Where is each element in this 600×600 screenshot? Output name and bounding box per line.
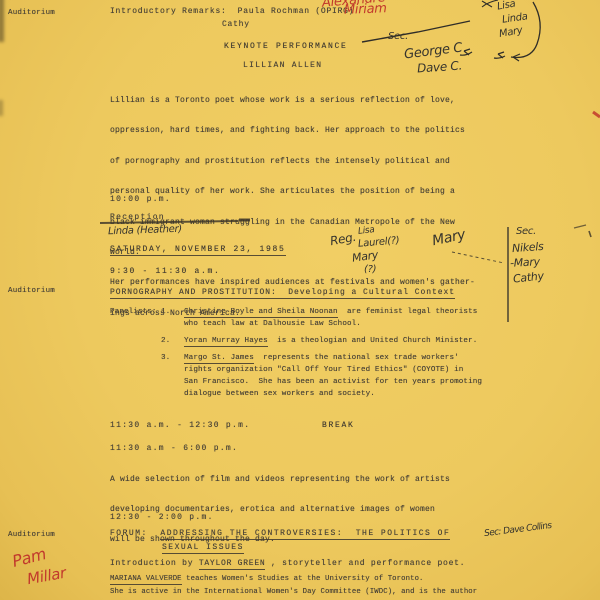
margin-label-auditorium-3: Auditorium <box>8 531 55 539</box>
handwriting-red-millar: Millar <box>26 564 68 589</box>
session-title: PORNOGRAPHY AND PROSTITUTION: Developing… <box>110 288 455 297</box>
mariana-valverde-name: MARIANA VALVERDE <box>110 575 182 585</box>
handwriting-red-miriam: Miriam <box>344 1 387 17</box>
forum-time: 12:30 - 2:00 p.m. <box>110 513 214 522</box>
panelist-1-line: Christine Boyle and Sheila Noonan are fe… <box>184 308 477 316</box>
saturday-date-heading: SATURDAY, NOVEMBER 23, 1985 <box>110 245 286 254</box>
forum-title2-text: SEXUAL ISSUES <box>162 543 244 554</box>
panelists-label: Panelists: <box>110 308 157 316</box>
forum-introduction-line: Introduction by TAYLOR GREEN , storytell… <box>110 559 465 568</box>
panelist-1-cont: who teach law at Dalhousie Law School. <box>184 320 361 328</box>
panelist-3-cont3: dialogue between sex workers and society… <box>184 390 375 398</box>
reception-label: Reception <box>110 213 165 222</box>
mariana-desc: teaches Women's Studies at the Universit… <box>182 575 424 583</box>
handwriting-question-mark: (?) <box>364 264 376 275</box>
panelist-2-name: Yoran Murray Hayes <box>184 337 268 347</box>
panelist-2-number: 2. <box>161 337 170 345</box>
panelist-1-name: Christine Boyle and Sheila Noonan <box>184 308 338 318</box>
break-time: 11:30 a.m. - 12:30 p.m. <box>110 421 250 430</box>
mariana-valverde-line: MARIANA VALVERDE teaches Women's Studies… <box>110 575 424 583</box>
reception-time: 10:00 p.m. <box>110 195 171 204</box>
handwriting-sec-dave-collins: Sec: Dave Collins <box>484 521 552 539</box>
handwriting-lisa-2: Lisa <box>358 225 375 237</box>
film-time: 11:30 a.m - 6:00 p.m. <box>110 444 238 453</box>
panelist-3-line: Margo St. James represents the national … <box>184 354 459 362</box>
intro-rest-text: , storyteller and performance poet. <box>265 559 465 568</box>
forum-label: FORUM: <box>110 529 160 538</box>
handwriting-linda-top-right: Linda <box>501 11 528 25</box>
keynote-performance-heading: KEYNOTE PERFORMANCE <box>224 42 348 51</box>
panelist-3-desc: represents the national sex trade worker… <box>254 354 459 362</box>
keynote-performer-name: LILLIAN ALLEN <box>243 61 322 70</box>
margin-label-auditorium-2: Auditorium <box>8 287 55 295</box>
lillian-allen-bio: Lillian is a Toronto poet whose work is … <box>110 77 475 338</box>
panelist-2-line: Yoran Murray Hayes is a theologian and U… <box>184 337 477 345</box>
handwriting-cathy-2: Cathy <box>512 269 544 285</box>
margin-label-auditorium-1: Auditorium <box>8 9 55 17</box>
saturday-date-text: SATURDAY, NOVEMBER 23, 1985 <box>110 245 286 256</box>
panelist-3-number: 3. <box>161 354 170 362</box>
forum-title-line2: SEXUAL ISSUES <box>162 543 244 552</box>
forum-title-line1: FORUM: ADDRESSING THE CONTROVERSIES: THE… <box>110 529 450 538</box>
panelist-1-desc: are feminist legal theorists <box>338 308 478 316</box>
panelist-2-desc: is a theologian and United Church Minist… <box>268 337 478 345</box>
panelist-1-number: 1. <box>161 308 170 316</box>
handwriting-nikels: Nikels <box>512 240 544 255</box>
introductory-remarks-line: Introductory Remarks: Paula Rochman (OPI… <box>110 7 354 16</box>
taylor-green-name: TAYLOR GREEN <box>199 559 266 570</box>
bio-line: oppression, hard times, and fighting bac… <box>110 125 475 137</box>
handwriting-sec-2: Sec. <box>516 226 536 237</box>
bio-line: Lillian is a Toronto poet whose work is … <box>110 95 475 107</box>
panelist-3-cont1: rights organization "Call Off Your Tired… <box>184 366 463 374</box>
handwriting-dave-c: Dave C. <box>417 58 463 75</box>
handwriting-lisa-top-right: Lisa <box>496 0 516 13</box>
scanned-program-page: Auditorium Auditorium Auditorium Introdu… <box>0 0 600 600</box>
session-title-text: PORNOGRAPHY AND PROSTITUTION: Developing… <box>110 288 455 299</box>
break-label: BREAK <box>322 421 355 430</box>
mariana-valverde-line2: She is active in the International Women… <box>110 588 477 596</box>
handwriting-mary-4: -Mary <box>510 255 540 270</box>
handwriting-mary-top-right: Mary <box>498 25 523 40</box>
handwriting-sec-1: Sec. <box>388 31 408 42</box>
film-description: A wide selection of film and videos repr… <box>110 456 450 565</box>
session-time: 9:30 - 11:30 a.m. <box>110 267 221 276</box>
scan-edge-smudge-left <box>0 100 3 116</box>
bio-line: of pornography and prostitution reflects… <box>110 156 475 168</box>
film-desc-line: A wide selection of film and videos repr… <box>110 474 450 486</box>
panelist-3-cont2: San Francisco. She has been an activist … <box>184 378 482 386</box>
scan-edge-smudge-top-left <box>0 0 4 42</box>
intro-by-text: Introduction by <box>110 559 199 568</box>
forum-title1-text: ADDRESSING THE CONTROVERSIES: THE POLITI… <box>160 529 450 540</box>
introductory-remarks-name2: Cathy <box>222 20 250 29</box>
panelist-3-name: Margo St. James <box>184 354 254 364</box>
